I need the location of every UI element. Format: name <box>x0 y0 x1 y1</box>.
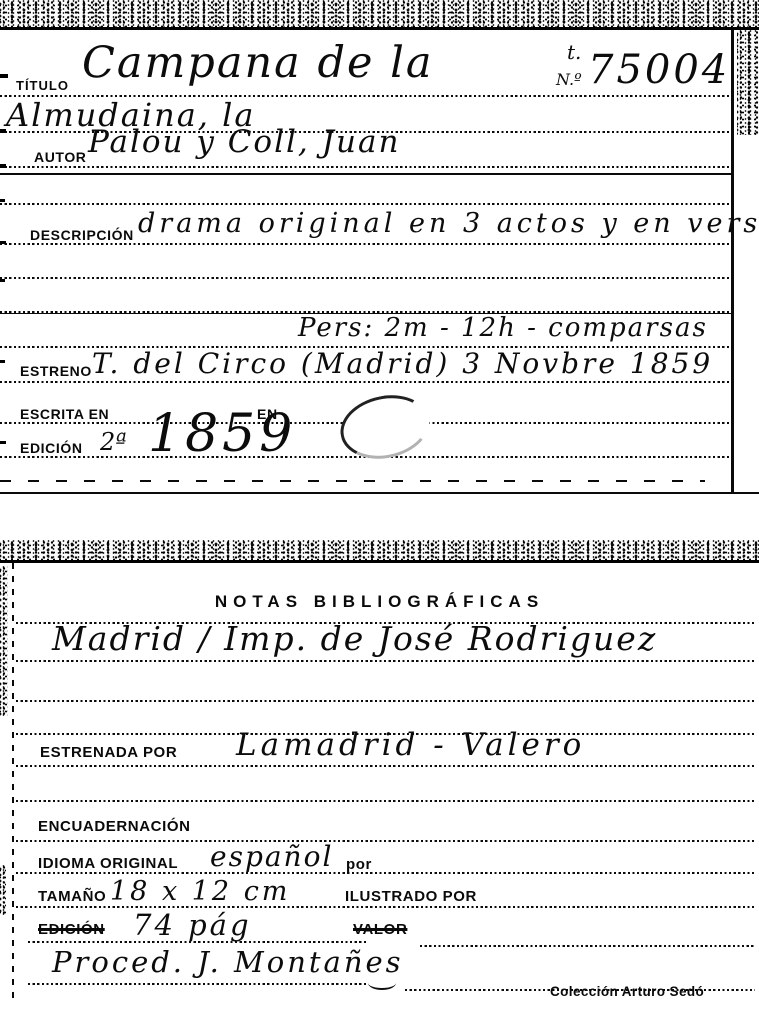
ruled-line <box>420 945 755 947</box>
estrenada-por-label: ESTRENADA POR <box>40 744 177 761</box>
titulo-value-line1: Campana de la <box>82 42 434 85</box>
descripcion-label: DESCRIPCIÓN <box>30 227 134 243</box>
numero-label: N.º <box>556 72 582 88</box>
ruled-line <box>28 983 368 985</box>
tamano-label: TAMAÑO <box>38 888 106 905</box>
idioma-original-label: IDIOMA ORIGINAL <box>38 855 178 872</box>
numero-value: 75004 <box>588 50 730 90</box>
scan-noise-band-top <box>0 0 759 30</box>
card1-bottom-border <box>0 492 759 494</box>
tamano-value: 18 x 12 cm <box>110 878 290 905</box>
scan-noise-card2-left-edge2 <box>0 865 6 915</box>
ruled-line <box>16 660 755 662</box>
idioma-original-value: español <box>210 843 333 871</box>
ruled-line <box>16 872 755 874</box>
edicion-label: EDICIÓN <box>20 440 83 456</box>
estreno-label: ESTRENO <box>20 363 92 379</box>
ilustrado-por-label: ILUSTRADO POR <box>345 888 477 905</box>
edge-mark <box>0 74 8 78</box>
edge-mark <box>0 164 6 168</box>
collection-stamp: Colección Arturo Sedó <box>550 984 704 999</box>
edge-mark <box>0 441 6 444</box>
ruled-line <box>0 381 733 383</box>
edicion-value: 2ª <box>100 430 127 454</box>
imprenta-value: Madrid / Imp. de José Rodriguez <box>52 622 657 655</box>
ruled-line <box>0 277 733 279</box>
ruled-line-solid <box>0 173 733 175</box>
autor-value: Palou y Coll, Juan <box>88 127 400 158</box>
por-label: por <box>346 856 372 873</box>
notas-bibliograficas-header: NOTAS BIBLIOGRÁFICAS <box>0 592 759 612</box>
ruled-line <box>16 700 755 702</box>
ruled-line <box>16 840 755 842</box>
encuadernacion-label: ENCUADERNACIÓN <box>38 818 191 835</box>
valor-label: VALOR <box>353 921 407 938</box>
ruled-line <box>0 166 733 168</box>
edge-mark <box>0 199 5 202</box>
edge-mark <box>0 360 5 363</box>
edicion-year-value: 1859 <box>148 408 296 460</box>
card2-left-border <box>12 563 14 1005</box>
autor-label: AUTOR <box>34 149 87 165</box>
edge-mark <box>0 241 6 244</box>
escrita-en-label: ESCRITA EN <box>20 406 109 422</box>
descripcion-value: drama original en 3 actos y en verso <box>138 210 759 237</box>
ruled-line <box>0 243 733 245</box>
numero-cross-mark: t. <box>567 42 581 62</box>
estrenada-por-value: Lamadrid - Valero <box>236 730 585 761</box>
ruled-line <box>0 203 733 205</box>
titulo-label: TÍTULO <box>16 78 69 93</box>
edicion2-value: 74 pág <box>133 911 252 940</box>
personajes-value: Pers: 2m - 12h - comparsas <box>298 315 708 341</box>
estreno-value: T. del Circo (Madrid) 3 Novbre 1859 <box>92 350 713 378</box>
scan-noise-band-middle <box>0 540 759 563</box>
hole-punch-mark <box>335 387 436 466</box>
scan-noise-card1-right-edge <box>737 30 759 135</box>
edicion2-label: EDICIÓN <box>38 921 105 938</box>
scan-noise-card2-left-edge <box>0 566 8 716</box>
procedencia-value: Proced. J. Montañes <box>52 948 404 977</box>
catalog-card-scan: TÍTULO AUTOR DESCRIPCIÓN ESTRENO ESCRITA… <box>0 0 759 1028</box>
ruled-line <box>16 800 755 802</box>
ruled-line <box>16 765 755 767</box>
card1-torn-bottom-line <box>0 480 705 482</box>
edge-mark <box>0 279 5 282</box>
